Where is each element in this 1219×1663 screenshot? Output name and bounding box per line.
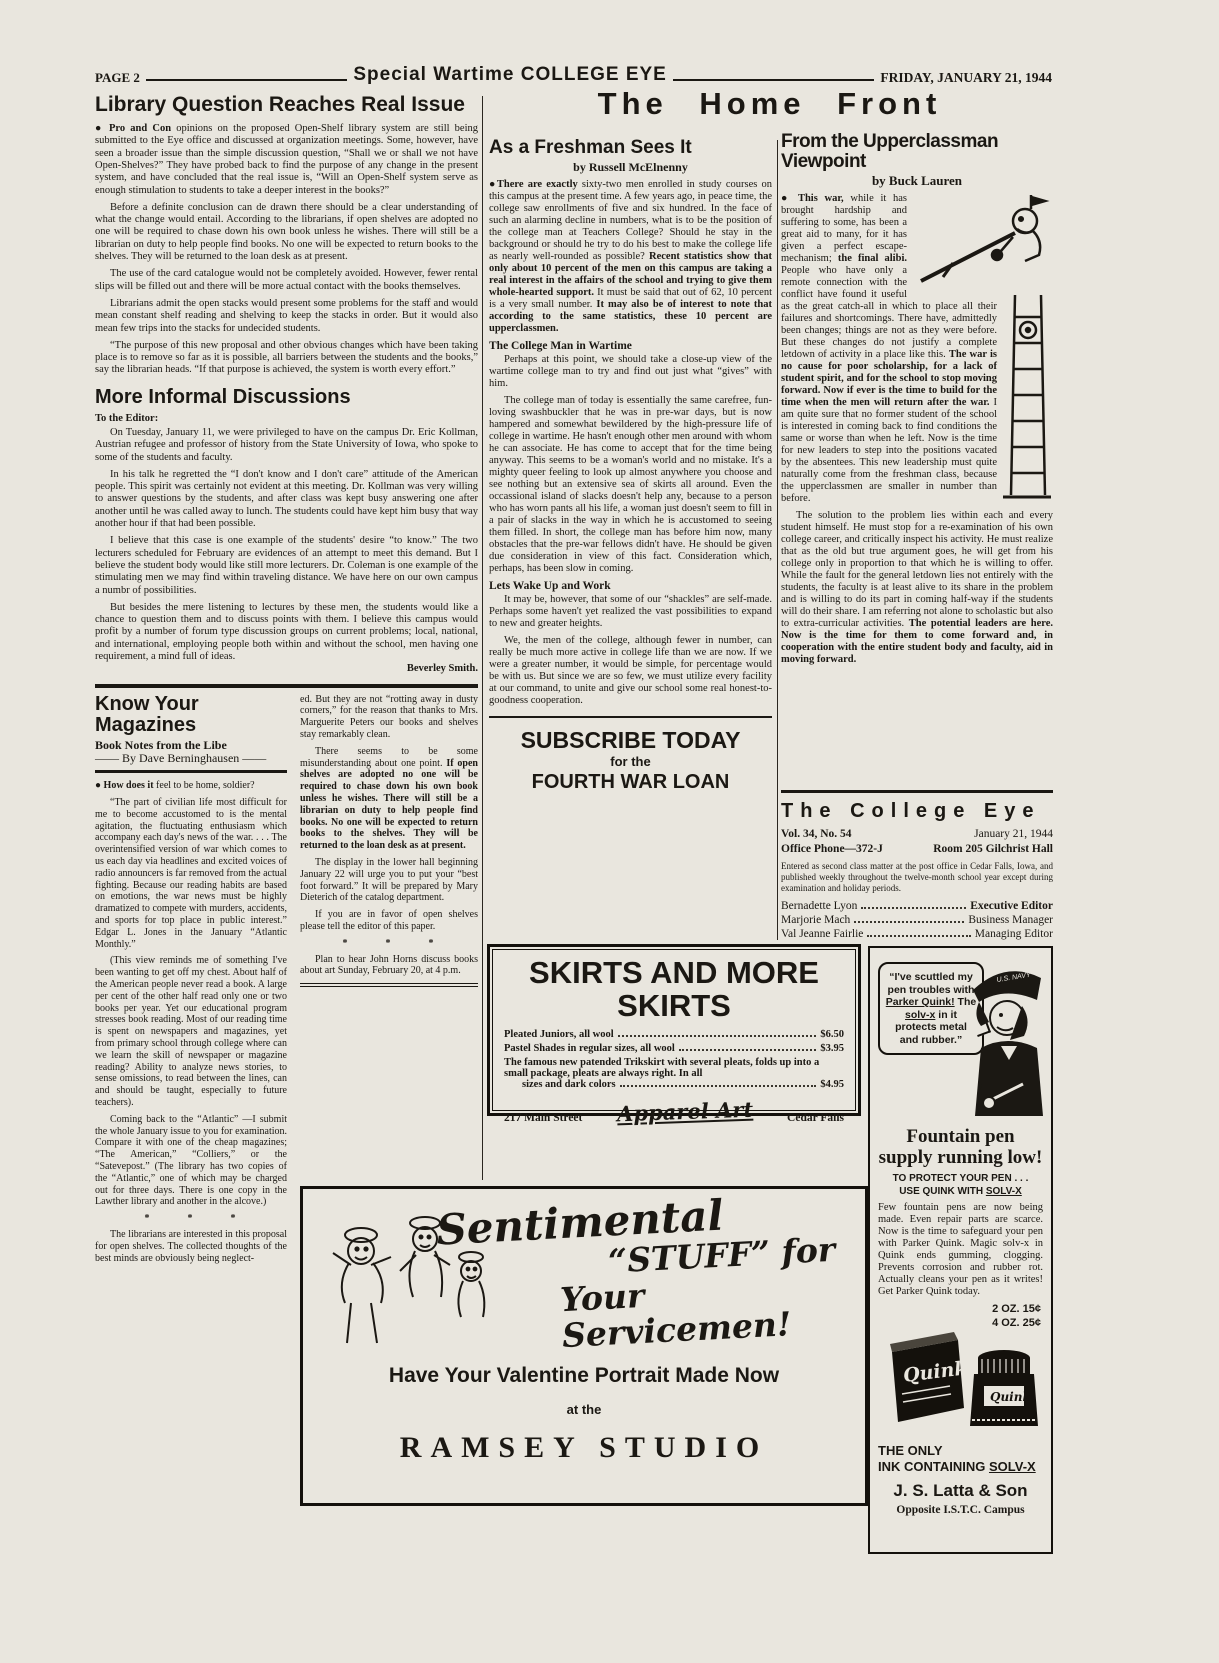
script-line3: Your Servicemen! [559, 1265, 882, 1354]
staff-role: Executive Editor [970, 900, 1053, 912]
ad-item: Pastel Shades in regular sizes, all wool… [504, 1043, 844, 1054]
skirts-ad-title: SKIRTS AND MORE SKIRTS [504, 957, 844, 1022]
college-eye-masthead: The College Eye Vol. 34, No. 54 January … [781, 790, 1053, 942]
letter-signature: Beverley Smith. [95, 663, 478, 675]
quink-ad-art: “I've scuttled my pen troubles with Park… [878, 956, 1043, 1124]
column-paragraph: There seems to be some misunderstanding … [300, 746, 478, 852]
at-the-line: at the [319, 1403, 849, 1417]
column-paragraph: The librarians are interested in this pr… [95, 1229, 287, 1264]
dot-leader [618, 1035, 817, 1037]
item-price: $4.95 [820, 1079, 844, 1090]
parker-quink-ad: “I've scuttled my pen troubles with Park… [868, 946, 1053, 1554]
article-paragraph: Perhaps at this point, we should take a … [489, 354, 772, 390]
column-paragraph: (This view reminds me of something I've … [95, 955, 287, 1108]
pool-player-cartoon [913, 193, 1053, 293]
column-paragraph: “The part of civilian life most difficul… [95, 797, 287, 950]
ad-item-wrap: The famous new patended Trikskirt with s… [504, 1057, 844, 1079]
column-divider-left [482, 96, 483, 1180]
subscribe-line1: SUBSCRIBE TODAY [489, 728, 772, 752]
left-column: Library Question Reaches Real Issue ● Pr… [95, 94, 478, 1269]
column-divider-right [777, 140, 778, 940]
ramsey-ad-art: Sentimental “STUFF” for Your Servicemen! [319, 1195, 849, 1363]
article-paragraph: It may be, however, that some of our “sh… [489, 594, 772, 630]
right-column: From the Upperclassman Viewpoint by Buck… [781, 132, 1053, 671]
page-number: PAGE 2 [95, 70, 140, 86]
ad-item: Pleated Juniors, all wool $6.50 [504, 1029, 844, 1040]
cartoon-ladder [1001, 295, 1053, 500]
magazines-col2: ed. But they are not “rotting away in du… [300, 694, 478, 1270]
item-text: Pleated Juniors, all wool [504, 1029, 614, 1040]
only-line2: INK CONTAINING SOLV-X [878, 1459, 1043, 1475]
center-column: As a Freshman Sees It by Russell McElnen… [489, 138, 772, 799]
paragraph-text: The solution to the problem lies within … [781, 510, 1053, 665]
column-paragraph: The display in the lower hall beginning … [300, 857, 478, 904]
quink-ad-headline: Fountain pen supply running low! [878, 1126, 1043, 1168]
staff-row: Marjorie Mach Business Manager [781, 914, 1053, 926]
masthead-date: January 21, 1944 [974, 828, 1053, 840]
article-paragraph: We, the men of the college, although few… [489, 635, 772, 707]
ink-bottle-drawing: Quink Quink [880, 1324, 1042, 1436]
issue-date: FRIDAY, JANUARY 21, 1944 [880, 70, 1052, 86]
article-paragraph: The college man of today is essentially … [489, 395, 772, 575]
item-text: sizes and dark colors [522, 1079, 616, 1090]
article-paragraph: The solution to the problem lies within … [781, 510, 1053, 666]
subscribe-line3: FOURTH WAR LOAN [489, 772, 772, 793]
letter-paragraph: In his talk he regretted the “I don't kn… [95, 469, 478, 530]
article-paragraph: ●There are exactly sixty-two men enrolle… [489, 179, 772, 335]
quink-bottles-illustration: Quink Quink [878, 1324, 1043, 1441]
column-paragraph: ed. But they are not “rotting away in du… [300, 694, 478, 741]
upperclassman-headline: From the Upperclassman Viewpoint [781, 132, 1053, 172]
only-line1: THE ONLY [878, 1443, 1043, 1459]
article-paragraph: “The purpose of this new proposal and ot… [95, 340, 478, 377]
staff-row: Bernadette Lyon Executive Editor [781, 900, 1053, 912]
page-header: PAGE 2 Special Wartime COLLEGE EYE FRIDA… [95, 64, 1052, 86]
star-separator: * * * [300, 938, 478, 950]
dot-leader [861, 907, 966, 909]
bottle-label: Quink [990, 1390, 1031, 1404]
dot-leader [854, 921, 964, 923]
library-headline: Library Question Reaches Real Issue [95, 94, 478, 116]
subheading: Lets Wake Up and Work [489, 580, 772, 592]
store-name: J. S. Latta & Son [878, 1481, 1043, 1501]
magazines-byline: —— By Dave Berninghausen —— [95, 753, 287, 765]
article-paragraph: Librarians admit the open stacks would p… [95, 298, 478, 335]
byline-rule [95, 770, 287, 773]
headline-line2: supply running low! [878, 1147, 1043, 1168]
column-paragraph: If you are in favor of open shelves plea… [300, 909, 478, 933]
item-text: Pastel Shades in regular sizes, all wool [504, 1043, 675, 1054]
newspaper-page: PAGE 2 Special Wartime COLLEGE EYE FRIDA… [0, 0, 1219, 1663]
magazines-headline: Know Your Magazines [95, 694, 287, 736]
slogan-line2: USE QUINK WITH SOLV-X [878, 1185, 1043, 1198]
cartoon-figure-ladder [1001, 295, 1053, 500]
staff-row: Val Jeanne Fairlie Managing Editor [781, 928, 1053, 940]
letter-paragraph: But besides the mere listening to lectur… [95, 602, 478, 663]
store-location: Opposite I.S.T.C. Campus [878, 1504, 1043, 1516]
article-paragraph: ● This war, while it has brought hardshi… [781, 193, 1053, 505]
header-rule-right [673, 79, 874, 81]
apparel-art-signature: Apparel Art [616, 1097, 753, 1127]
ad-footer: 217 Main Street Apparel Art Cedar Falls [504, 1099, 844, 1124]
magazines-col1: Know Your Magazines Book Notes from the … [95, 694, 287, 1270]
magazines-subtitle: Book Notes from the Libe [95, 740, 287, 752]
star-separator: * * * [95, 1213, 287, 1225]
bubble-text: “I've scuttled my pen troubles with Park… [886, 971, 976, 1046]
navy-woman-drawing: U.S. NAVY [967, 956, 1047, 1121]
letter-paragraph: I believe that this case is one example … [95, 535, 478, 596]
staff-name: Bernadette Lyon [781, 900, 857, 912]
quink-slogan: TO PROTECT YOUR PEN . . . USE QUINK WITH… [878, 1172, 1043, 1198]
upperclassman-byline: by Buck Lauren [781, 175, 1053, 187]
headline-line1: Fountain pen [878, 1126, 1043, 1147]
staff-role: Managing Editor [975, 928, 1053, 940]
article-paragraph: The use of the card catalogue would not … [95, 268, 478, 293]
staff-name: Val Jeanne Fairlie [781, 928, 863, 940]
article-paragraph: ● Pro and Con opinions on the proposed O… [95, 123, 478, 197]
slogan-line1: TO PROTECT YOUR PEN . . . [878, 1172, 1043, 1185]
header-rule-left [146, 79, 347, 81]
price-2oz: 2 OZ. 15¢ [878, 1302, 1041, 1316]
newspaper-masthead: Special Wartime COLLEGE EYE [353, 64, 666, 86]
subscribe-line2: for the [489, 755, 772, 769]
informal-headline: More Informal Discussions [95, 387, 478, 408]
item-price: $3.95 [820, 1043, 844, 1054]
letter-paragraph: On Tuesday, January 11, we were privileg… [95, 427, 478, 464]
dot-leader [867, 935, 970, 937]
war-loan-notice: SUBSCRIBE TODAY for the FOURTH WAR LOAN [489, 716, 772, 799]
column-paragraph: ● How does it feel to be home, soldier? [95, 780, 287, 792]
staff-name: Marjorie Mach [781, 914, 850, 926]
ad-item: sizes and dark colors $4.95 [522, 1079, 844, 1090]
store-city: Cedar Falls [787, 1112, 844, 1124]
only-text: INK CONTAINING SOLV-X [878, 1459, 1036, 1474]
cartoon-figure-top [913, 193, 1053, 293]
skirts-ad: SKIRTS AND MORE SKIRTS Pleated Juniors, … [487, 944, 861, 1116]
column-paragraph: Coming back to the “Atlantic” —I submit … [95, 1114, 287, 1208]
office-room: Room 205 Gilchrist Hall [933, 843, 1053, 855]
section-rule [95, 684, 478, 688]
home-front-title: The Home Front [487, 88, 1052, 121]
ramsey-studio-ad: Sentimental “STUFF” for Your Servicemen!… [300, 1186, 868, 1506]
office-phone: Office Phone—372-J [781, 843, 883, 855]
subheading: The College Man in Wartime [489, 340, 772, 352]
entry-notice: Entered as second class matter at the po… [781, 861, 1053, 894]
paragraph-text: There seems to be some misunderstanding … [300, 746, 478, 851]
article-paragraph: Before a definite conclusion can de draw… [95, 202, 478, 263]
staff-role: Business Manager [968, 914, 1053, 926]
paragraph-text: ●There are exactly sixty-two men enrolle… [489, 179, 772, 334]
sentimental-script: Sentimental “STUFF” for Your Servicemen! [435, 1186, 882, 1361]
magazines-section: Know Your Magazines Book Notes from the … [95, 694, 478, 1270]
freshman-headline: As a Freshman Sees It [489, 138, 772, 158]
paragraph-text: ● How does it feel to be home, soldier? [95, 780, 255, 791]
navy-woman-illustration: U.S. NAVY [967, 956, 1047, 1126]
freshman-byline: by Russell McElnenny [489, 161, 772, 173]
slogan-text: USE QUINK WITH SOLV-X [899, 1186, 1022, 1197]
store-address: 217 Main Street [504, 1112, 582, 1124]
column-paragraph: Plan to hear John Horns discuss books ab… [300, 954, 478, 978]
dot-leader [620, 1085, 817, 1087]
column-end-rule [300, 983, 478, 987]
volume-number: Vol. 34, No. 54 [781, 828, 852, 840]
valentine-headline: Have Your Valentine Portrait Made Now [319, 1365, 849, 1387]
letter-salutation: To the Editor: [95, 413, 478, 425]
quink-body-copy: Few fountain pens are now being made. Ev… [878, 1202, 1043, 1298]
dot-leader [679, 1049, 817, 1051]
quink-only-ink-line: THE ONLY INK CONTAINING SOLV-X [878, 1443, 1043, 1475]
studio-name: RAMSEY STUDIO [319, 1431, 849, 1465]
item-price: $6.50 [820, 1029, 844, 1040]
college-eye-title: The College Eye [781, 801, 1053, 822]
paragraph-text: ● Pro and Con opinions on the proposed O… [95, 123, 478, 195]
